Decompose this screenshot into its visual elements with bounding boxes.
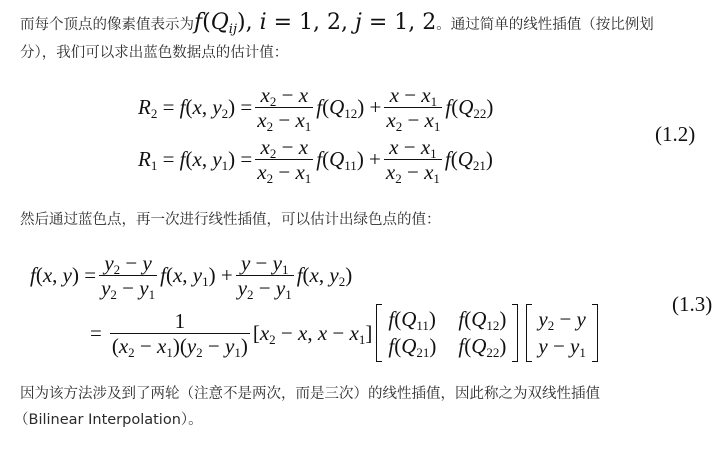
equation-1-3-line2: = 1(x2 − x1)(y2 − y1) [x2 − x, x − x1] f… bbox=[90, 304, 602, 362]
fraction: x − x1x2 − x1 bbox=[384, 84, 442, 131]
intro-text-suffix: 。通过简单的线性插值（按比例划 bbox=[436, 17, 654, 33]
fraction: 1(x2 − x1)(y2 − y1) bbox=[110, 310, 250, 357]
fraction: y2 − yy2 − y1 bbox=[99, 252, 157, 299]
matrix-f-q: f(Q11)f(Q12) f(Q21)f(Q22) bbox=[376, 304, 518, 362]
fraction: y − y1y2 − y1 bbox=[236, 252, 294, 299]
equation-row-r1: R1 = f(x, y1) = x2 − xx2 − x1 f(Q11) + x… bbox=[138, 136, 493, 183]
paragraph-conclusion-line2: （Bilinear Interpolation）。 bbox=[14, 407, 203, 433]
inline-math-f-qij: f(Qij), i = 1, 2, j = 1, 2 bbox=[194, 10, 436, 35]
fraction: x − x1x2 − x1 bbox=[384, 136, 442, 183]
paragraph-intro-line2: 分），我们可以求出蓝色数据点的估计值： bbox=[20, 40, 288, 66]
intro-text-prefix: 而每个顶点的像素值表示为 bbox=[20, 17, 194, 33]
column-vector-y: y2 − y y − y1 bbox=[526, 304, 598, 362]
equation-row-r2: R2 = f(x, y2) = x2 − xx2 − x1 f(Q12) + x… bbox=[138, 84, 493, 131]
equation-1-3-line1: f(x, y) = y2 − yy2 − y1 f(x, y1) + y − y… bbox=[30, 252, 352, 299]
fraction: x2 − xx2 − x1 bbox=[255, 84, 313, 131]
fraction: x2 − xx2 − x1 bbox=[255, 136, 313, 183]
paragraph-second-interp: 然后通过蓝色点，再一次进行线性插值，可以估计出绿色点的值： bbox=[20, 207, 441, 233]
paragraph-intro: 而每个顶点的像素值表示为f(Qij), i = 1, 2, j = 1, 2。通… bbox=[20, 10, 654, 38]
equation-number-1-3: (1.3) bbox=[672, 292, 712, 317]
paragraph-conclusion: 因为该方法涉及到了两轮（注意不是两次，而是三次）的线性插值，因此称之为双线性插值 bbox=[20, 381, 600, 407]
equation-number-1-2: (1.2) bbox=[655, 122, 695, 147]
